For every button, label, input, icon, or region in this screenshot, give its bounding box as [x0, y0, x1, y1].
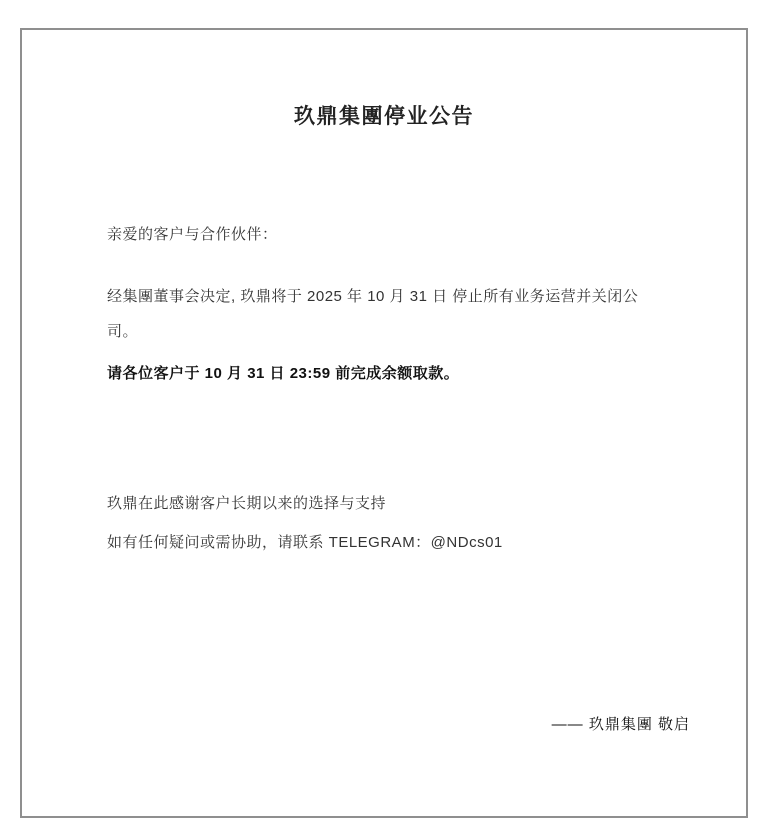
- announcement-title: 玖鼎集團停业公告: [22, 100, 746, 130]
- announcement-card: 玖鼎集團停业公告 亲爱的客户与合作伙伴： 经集團董事会决定, 玖鼎将于 2025…: [20, 28, 748, 767]
- greeting-line: 亲爱的客户与合作伙伴：: [107, 223, 278, 244]
- deadline-notice: 请各位客户于 10 月 31 日 23:59 前完成余额取款。: [107, 362, 459, 383]
- thanks-line: 玖鼎在此感谢客户长期以来的选择与支持: [107, 492, 386, 513]
- decision-paragraph-line-1: 经集團董事会决定, 玖鼎将于 2025 年 10 月 31 日 停止所有业务运营…: [107, 285, 638, 306]
- signature-line: —— 玖鼎集團 敬启: [552, 713, 690, 734]
- decision-paragraph-line-2: 司。: [107, 320, 138, 341]
- contact-line: 如有任何疑问或需协助，请联系 TELEGRAM：@NDcs01: [107, 531, 503, 552]
